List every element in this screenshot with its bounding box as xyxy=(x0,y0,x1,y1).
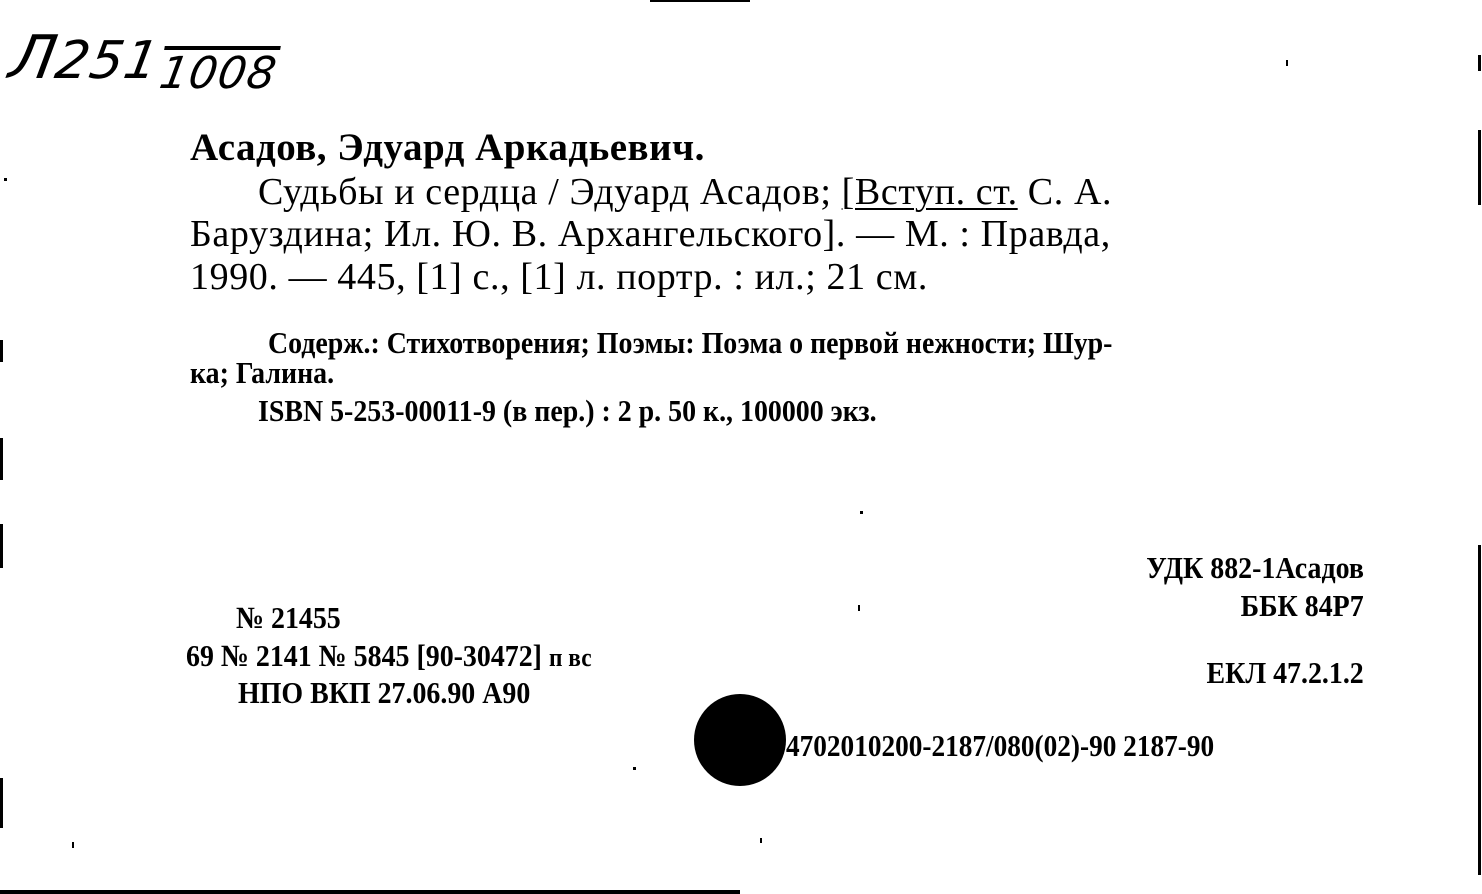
scan-edge-mark xyxy=(0,438,3,480)
title-line-2: Баруздина; Ил. Ю. В. Архангельского]. — … xyxy=(190,212,1111,256)
title-statement: Судьбы и сердца / Эдуард Асадов; xyxy=(258,171,842,213)
accession-line-1: № 21455 xyxy=(236,600,341,636)
handwritten-shelf-mark: Л2511008 xyxy=(4,28,284,96)
shelf-mark-number: 251 xyxy=(51,31,164,91)
bbk-classification: ББК 84Р7 xyxy=(1241,588,1364,624)
accession-line-3: НПО ВКП 27.06.90 А90 xyxy=(238,675,530,711)
scan-bottom-edge xyxy=(0,890,740,894)
scan-speck xyxy=(858,605,860,611)
scan-edge-mark xyxy=(0,778,3,828)
scan-edge-mark xyxy=(1478,55,1481,71)
scan-speck xyxy=(4,178,7,181)
library-catalog-card: Л2511008 Асадов, Эдуард Аркадьевич. Судь… xyxy=(0,0,1482,894)
scan-speck xyxy=(72,842,74,848)
scan-speck xyxy=(633,767,636,770)
contents-note-line-1: Содерж.: Стихотворения; Поэмы: Поэма о п… xyxy=(268,325,1112,361)
author-heading: Асадов, Эдуард Аркадьевич. xyxy=(190,125,705,170)
catalog-code: 4702010200-2187/080(02)-90 2187-90 xyxy=(786,728,1214,764)
scan-edge-mark xyxy=(1478,130,1481,205)
udk-classification: УДК 882-1Асадов xyxy=(1146,550,1364,586)
scan-edge-mark xyxy=(0,524,3,568)
physical-description: 1990. — 445, [1] с., [1] л. портр. : ил.… xyxy=(190,255,928,299)
accession-line-2: 69 № 2141 № 5845 [90-30472] п вс xyxy=(186,638,592,674)
punch-hole xyxy=(694,694,786,786)
title-line-1-end: С. А. xyxy=(1018,171,1112,213)
contents-note-line-2: ка; Галина. xyxy=(190,355,334,391)
ekl-classification: ЕКЛ 47.2.1.2 xyxy=(1207,655,1364,691)
scan-speck xyxy=(1286,60,1288,66)
underlined-intro-note: [Вступ. ст. xyxy=(842,171,1018,213)
scan-speck xyxy=(860,511,863,514)
scan-edge-mark xyxy=(0,340,3,362)
accession-numbers: 69 № 2141 № 5845 [90-30472] xyxy=(186,638,542,673)
title-line-1: Судьбы и сердца / Эдуард Асадов; [Вступ.… xyxy=(258,170,1112,214)
isbn-price-line: ISBN 5-253-00011-9 (в пер.) : 2 р. 50 к.… xyxy=(258,393,877,429)
scan-top-edge xyxy=(650,0,750,2)
scan-speck xyxy=(760,838,762,843)
scan-edge-mark xyxy=(1478,545,1481,875)
accession-suffix: п вс xyxy=(549,643,592,672)
shelf-mark-overline-number: 1008 xyxy=(156,46,281,96)
